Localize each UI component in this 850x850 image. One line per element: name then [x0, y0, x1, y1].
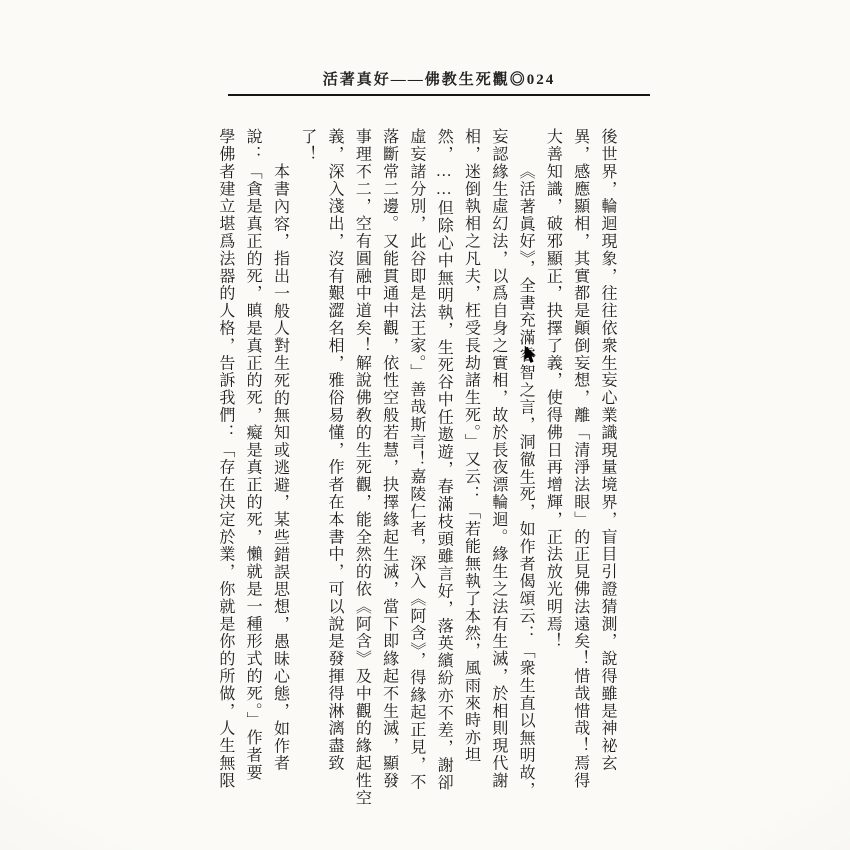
text-column-3: 大善知識，破邪顯正，抉擇了義，使得佛日再增輝，正法放光明焉！ — [539, 128, 566, 812]
mouse-cursor-icon — [524, 346, 539, 364]
text-column-8: 虛妄諸分別，此谷即是法王家。」善哉斯言！嘉陵仁者，深入《阿含》，得緣起正見，不 — [403, 128, 430, 812]
body-text: 後世界，輪迴現象，往往依衆生妄心業識現量境界，盲目引證猜測，說得雖是神祕玄 異，… — [212, 128, 621, 812]
header-rule — [228, 94, 650, 96]
running-header-title: 活著真好——佛教生死觀◎024 — [228, 68, 650, 89]
text-column-1: 後世界，輪迴現象，往往依衆生妄心業識現量境界，盲目引證猜測，說得雖是神祕玄 — [594, 128, 621, 812]
text-column-13: 本書內容，指出一般人對生死的無知或逃避，某些錯誤思想，愚昧心態，如作者 — [266, 128, 293, 812]
text-column-5: 妄認緣生虛幻法，以爲自身之實相，故於長夜漂輪迴。緣生之法有生滅，於相則現代謝 — [485, 128, 512, 812]
running-header: 活著真好——佛教生死觀◎024 — [228, 68, 650, 96]
text-column-15: 學佛者建立堪爲法器的人格，告訴我們：「存在決定於業，你就是你的所做，人生無限 — [212, 128, 239, 812]
text-column-4: 《活著眞好》，全書充滿睿智之言，洞徹生死，如作者偈頌云：「衆生直以無明故， — [512, 128, 539, 812]
text-column-2: 異，感應顯相，其實都是顚倒妄想，離「清淨法眼」的正見佛法遠矣！惜哉惜哉！焉得 — [566, 128, 593, 812]
text-column-9: 落斷常二邊。又能貫通中觀，依性空般若慧，抉擇緣起生滅，當下即緣起不生滅，顯發 — [375, 128, 402, 812]
text-column-12: 了！ — [293, 128, 320, 812]
text-column-10: 事理不二，空有圓融中道矣！解說佛敎的生死觀，能全然的依《阿含》及中觀的緣起性空 — [348, 128, 375, 812]
text-column-11: 義，深入淺出，沒有艱澀名相，雅俗易懂，作者在本書中，可以說是發揮得淋漓盡致 — [321, 128, 348, 812]
text-column-6: 相，迷倒執相之凡夫，枉受長劫諸生死。」又云：「若能無執了本然，風雨來時亦坦 — [457, 128, 484, 812]
text-column-7: 然，……但除心中無明執，生死谷中任遨遊，春滿枝頭雖言好，落英繽紛亦不差，謝卻 — [430, 128, 457, 812]
book-page: 活著真好——佛教生死觀◎024 後世界，輪迴現象，往往依衆生妄心業識現量境界，盲… — [0, 0, 850, 850]
text-column-14: 說：「貪是真正的死，瞋是真正的死，癡是真正的死，懶就是一種形式的死。」作者要 — [239, 128, 266, 812]
